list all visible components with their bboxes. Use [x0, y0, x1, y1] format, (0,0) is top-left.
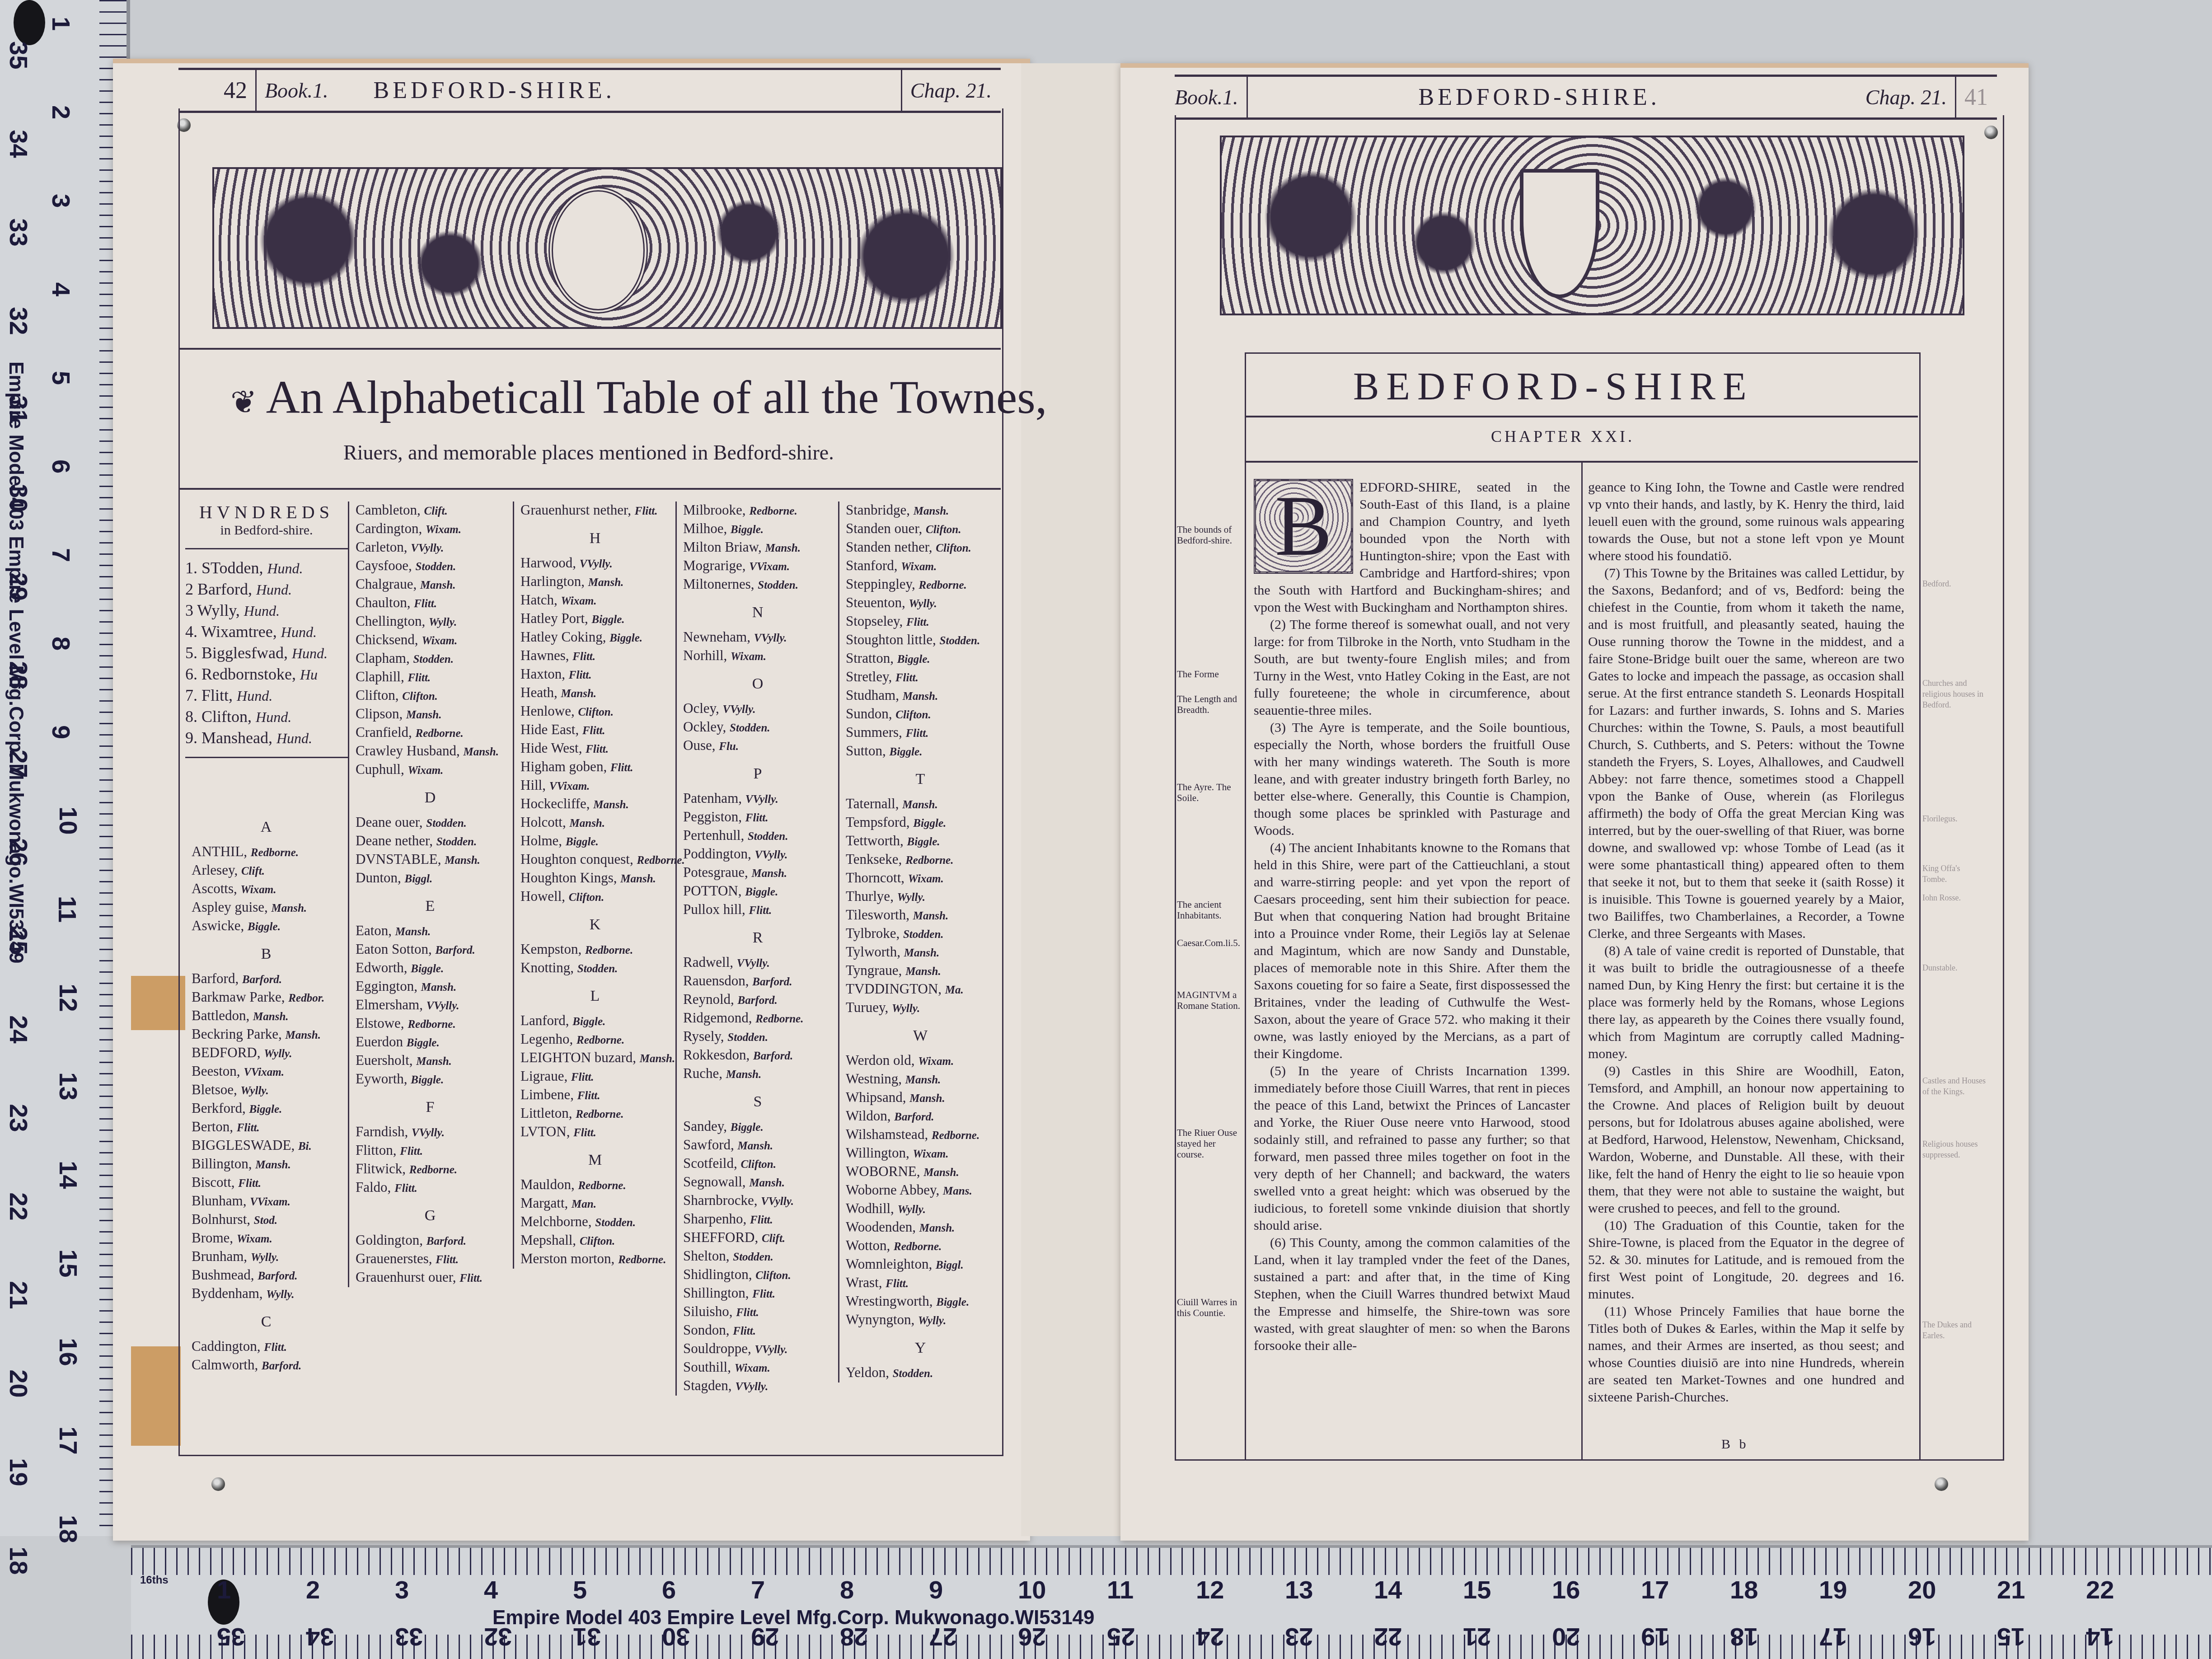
index-entry: Milbrooke, Redborne. [683, 501, 832, 520]
ruler-inch-mark: 9 [929, 1575, 943, 1604]
place-name: Westning, [846, 1071, 905, 1087]
place-name: Standen nether, [846, 539, 936, 555]
index-entry: Farndish, VVylly. [356, 1123, 505, 1142]
index-entry: Tempsford, Biggle. [846, 814, 995, 832]
index-entry: Pullox hill, Flitt. [683, 901, 832, 919]
place-name: Whipsand, [846, 1089, 909, 1105]
margin-note: Florilegus. [1922, 813, 1986, 824]
index-entry: Sharnbrocke, VVylly. [683, 1192, 832, 1210]
hundred-abbrev: Mansh. [749, 1177, 785, 1189]
index-entry: Reynold, Barford. [683, 991, 832, 1009]
ruler-inch-mark: 2 [47, 105, 76, 119]
hundred-abbrev: Flu. [719, 740, 739, 753]
index-column: Grauenhurst nether, Flitt.HHarwood, VVyl… [513, 501, 670, 1269]
hundred-abbrev: Clifton. [936, 542, 971, 554]
hundred-abbrev: Redborne. [409, 1164, 457, 1176]
ruler-inch-mark: 10 [54, 806, 83, 834]
hundred-abbrev: Biggle. [407, 1037, 440, 1049]
hundred-abbrev: Redborne. [932, 1129, 979, 1142]
hundred-abbrev: Flitt. [436, 1254, 459, 1266]
ruler-cm-mark: 35 [217, 1622, 245, 1652]
place-name: Scotfeild, [683, 1155, 740, 1171]
hundred-abbrev: Mansh. [416, 1055, 452, 1068]
ruler-imprint-text: Model 403 Empire Level Mfg.Corp. Mukwona… [565, 1607, 1094, 1629]
index-entry: Rysely, Stodden. [683, 1028, 832, 1046]
index-letter-heading: S [683, 1093, 832, 1111]
ruler-inch-mark: 8 [47, 637, 76, 651]
hundred-suffix: Hund. [256, 709, 291, 725]
place-name: Haxton, [520, 666, 569, 682]
ruler-cm-mark: 19 [4, 1458, 33, 1486]
hundred-abbrev: Redborne. [585, 944, 633, 956]
margin-note: Caesar.Com.li.5. [1177, 937, 1245, 948]
ruler-cm-mark: 34 [306, 1622, 334, 1652]
place-name: Siluisho, [683, 1303, 736, 1319]
index-entry: Tylbroke, Stodden. [846, 925, 995, 943]
hundred-suffix: Hund. [256, 581, 292, 598]
body-paragraph: (5) In the yeare of Christs Incarnation … [1254, 1063, 1570, 1234]
index-entry: Tyngraue, Mansh. [846, 962, 995, 980]
ruler-inch-mark: 18 [1730, 1575, 1758, 1604]
ruler-cm-mark: 21 [1463, 1622, 1491, 1652]
index-entry: Berton, Flitt. [192, 1118, 341, 1137]
margin-note: The Dukes and Earles. [1922, 1319, 1986, 1341]
page-gutter [1021, 63, 1129, 1536]
index-entry: Ockley, Stodden. [683, 718, 832, 737]
ruler-inch-mark: 14 [1374, 1575, 1402, 1604]
hundred-abbrev: Mansh. [570, 817, 605, 829]
hundred-abbrev: Flitt. [752, 1288, 775, 1300]
index-entry: Sandey, Biggle. [683, 1118, 832, 1136]
vertical-ruler: 1234567891011121314151617183534333231302… [0, 0, 130, 1536]
index-entry: Shillington, Flitt. [683, 1284, 832, 1303]
hundred-abbrev: Stodden. [940, 635, 980, 647]
hundred-abbrev: Biggle. [907, 836, 940, 848]
index-entry: Ruche, Mansh. [683, 1065, 832, 1083]
index-entry: Grauenhurst nether, Flitt. [520, 501, 670, 520]
place-name: Kempston, [520, 941, 585, 957]
index-entry: Byddenham, Wylly. [192, 1285, 341, 1303]
hundred-name: 9. Manshead, [185, 729, 276, 747]
hundred-abbrev: Clifton. [926, 524, 961, 536]
index-entry: TVDDINGTON, Ma. [846, 980, 995, 999]
index-entry: Flitton, Flitt. [356, 1142, 505, 1160]
hundred-abbrev: Wixam. [731, 651, 766, 663]
ruler-inch-mark: 5 [47, 371, 76, 385]
hundred-abbrev: Flitt. [750, 1214, 773, 1226]
hundred-abbrev: Biggle. [913, 817, 946, 829]
body-paragraph: (9) Castles in this Shire are Woodhill, … [1588, 1063, 1904, 1217]
place-name: Merston morton, [520, 1251, 618, 1266]
place-name: Wodhill, [846, 1200, 898, 1216]
index-entry: Grauenhurst ouer, Flitt. [356, 1269, 505, 1287]
place-name: Potesgraue, [683, 864, 752, 880]
index-entry: Pertenhull, Stodden. [683, 827, 832, 845]
hundred-abbrev: Bi. [298, 1140, 312, 1153]
hundred-abbrev: Flitt. [610, 762, 633, 774]
ruler-inch-mark: 1 [217, 1575, 231, 1604]
place-name: Shelton, [683, 1248, 733, 1264]
index-entry: Biscott, Flitt. [192, 1174, 341, 1192]
hundred-suffix: Hund. [237, 688, 272, 704]
index-entry: Sawford, Mansh. [683, 1136, 832, 1155]
hundred-abbrev: Redbor. [288, 992, 324, 1004]
place-name: ANTHIL, [192, 844, 251, 859]
decorative-headpiece [1220, 136, 1964, 315]
index-entry: Legenho, Redborne. [520, 1031, 670, 1049]
hundred-abbrev: Mansh. [406, 709, 442, 721]
place-name: Wotton, [846, 1237, 894, 1253]
place-name: Goldington, [356, 1232, 426, 1248]
place-name: Euersholt, [356, 1052, 416, 1068]
index-entry: Tilesworth, Mansh. [846, 906, 995, 925]
place-name: Tylbroke, [846, 925, 903, 941]
ruler-inch-mark: 13 [54, 1072, 83, 1100]
place-name: Woodenden, [846, 1219, 919, 1235]
place-name: Clipson, [356, 706, 406, 722]
place-name: LVTON, [520, 1124, 573, 1139]
index-entry: Euerdon Biggle. [356, 1033, 505, 1052]
ruler-inch-mark: 7 [751, 1575, 765, 1604]
hundred-abbrev: Flitt. [895, 672, 919, 684]
hundred-abbrev: Biggle. [731, 524, 764, 536]
index-entry: Chicksend, Wixam. [356, 631, 505, 650]
hundred-entry: 5. Bigglesfwad, Hund. [185, 642, 348, 664]
index-entry: Melchborne, Stodden. [520, 1213, 670, 1232]
index-entry: Wildon, Barford. [846, 1107, 995, 1126]
hundred-abbrev: VVixam. [244, 1066, 284, 1078]
place-name: Caysfooe, [356, 558, 416, 573]
place-name: Berton, [192, 1119, 237, 1134]
hundred-abbrev: Wixam. [913, 1148, 949, 1160]
place-name: Cardington, [356, 520, 426, 536]
hundred-entry: 1. STodden, Hund. [185, 558, 348, 579]
place-name: Sutton, [846, 743, 889, 759]
place-name: Ascotts, [192, 881, 241, 896]
place-name: Ruche, [683, 1065, 726, 1081]
hundred-abbrev: Wixam. [561, 595, 597, 607]
hundred-abbrev: Redborne. [416, 727, 464, 740]
place-name: Claphill, [356, 669, 408, 684]
margin-note: The Length and Breadth. [1177, 694, 1245, 715]
place-name: Sandey, [683, 1118, 731, 1134]
place-name: Rauensdon, [683, 973, 752, 989]
index-letter-heading: A [192, 819, 341, 836]
margin-note: Castles and Houses of the Kings. [1922, 1075, 1986, 1097]
place-name: Knotting, [520, 960, 577, 975]
hundred-abbrev: Flitt. [571, 1071, 594, 1083]
index-entry: Caysfooe, Stodden. [356, 557, 505, 576]
place-name: BEDFORD, [192, 1045, 264, 1060]
margin-note: MAGINTVM a Romane Station. [1177, 989, 1245, 1011]
ruler-cm-mark: 17 [1819, 1622, 1847, 1652]
index-entry: Stanbridge, Mansh. [846, 501, 995, 520]
place-name: WOBORNE, [846, 1163, 923, 1179]
ruler-inch-mark: 8 [840, 1575, 854, 1604]
place-name: Reynold, [683, 991, 738, 1007]
place-name: Elmersham, [356, 997, 426, 1012]
ruler-inch-mark: 15 [54, 1249, 83, 1277]
index-entry: Edworth, Biggle. [356, 959, 505, 978]
index-entry: Caddington, Flitt. [192, 1338, 341, 1356]
hundred-abbrev: Wylly. [897, 891, 925, 904]
book-label: Book.1. [265, 79, 328, 103]
hundred-abbrev: VVylly. [735, 1381, 768, 1393]
place-name: Grauenerstes, [356, 1251, 436, 1266]
hundred-abbrev: Biggle. [745, 886, 778, 898]
margin-note: Bedford. [1922, 578, 1986, 589]
hundred-name: 7. Flitt, [185, 686, 237, 704]
ruler-inch-mark: 19 [1819, 1575, 1847, 1604]
ruler-cm-mark: 33 [395, 1622, 423, 1652]
place-name: Carleton, [356, 539, 411, 555]
hundred-abbrev: Mansh. [445, 854, 480, 867]
hundred-abbrev: Clifton. [755, 1270, 791, 1282]
place-name: Biscott, [192, 1174, 238, 1190]
index-entry: Blunham, VVixam. [192, 1192, 341, 1211]
hundred-abbrev: Mansh. [738, 1140, 773, 1152]
hundred-abbrev: Clifton. [580, 1235, 615, 1247]
place-name: Flitwick, [356, 1161, 409, 1176]
index-entry: Houghton Kings, Mansh. [520, 869, 670, 888]
ruler-ticks-top [131, 1548, 2212, 1575]
hundred-abbrev: Mansh. [420, 579, 456, 591]
place-name: Mepshall, [520, 1232, 580, 1248]
index-entry: Battledon, Mansh. [192, 1007, 341, 1026]
margin-note: Dunstable. [1922, 962, 1986, 973]
hundred-abbrev: Mansh. [909, 1092, 945, 1105]
hundred-abbrev: Barford. [753, 1050, 793, 1062]
index-entry: Limbene, Flitt. [520, 1086, 670, 1105]
tape-residue [131, 1346, 181, 1446]
hundred-abbrev: Stodden. [577, 963, 618, 975]
chapter-label: Chap. 21. [1865, 85, 1947, 109]
index-entry: Hide East, Flitt. [520, 721, 670, 740]
horizontal-ruler: 16ths 1234567891011121314151617181920212… [131, 1545, 2212, 1659]
place-name: Blunham, [192, 1193, 250, 1209]
index-letter-heading: L [520, 988, 670, 1005]
hundred-abbrev: Barford. [752, 976, 792, 988]
hundred-abbrev: Flitt. [394, 1182, 417, 1195]
margin-note: Churches and religious houses in Bedford… [1922, 678, 1986, 710]
place-name: Studham, [846, 687, 903, 703]
index-entry: Claphill, Flitt. [356, 668, 505, 687]
index-entry: Carleton, VVylly. [356, 539, 505, 557]
place-name: Cuphull, [356, 761, 408, 777]
hundred-abbrev: Stodden. [733, 1251, 773, 1263]
hundred-abbrev: Redborne. [905, 854, 953, 867]
place-name: Aspley guise, [192, 899, 272, 915]
place-name: Patenham, [683, 790, 745, 806]
index-entry: Merston morton, Redborne. [520, 1250, 670, 1269]
hundred-abbrev: Redborne. [894, 1241, 942, 1253]
place-name: Tempsford, [846, 814, 913, 830]
hundred-abbrev: VVylly. [755, 849, 787, 861]
index-entry: Lanford, Biggle. [520, 1012, 670, 1031]
index-entry: Turuey, Wylly. [846, 999, 995, 1017]
hundred-abbrev: Mansh. [255, 1159, 291, 1171]
place-name: Farndish, [356, 1124, 412, 1139]
hundred-abbrev: Barford. [426, 1235, 466, 1247]
hundred-abbrev: Man. [572, 1198, 596, 1210]
place-name: Yeldon, [846, 1364, 893, 1380]
place-name: Houghton conquest, [520, 851, 637, 867]
index-entry: Ocley, VVylly. [683, 700, 832, 718]
index-entry: Deane ouer, Stodden. [356, 814, 505, 832]
index-entry: Chalgraue, Mansh. [356, 576, 505, 594]
place-name: Milbrooke, [683, 502, 749, 518]
index-entry: Steuenton, Wylly. [846, 594, 995, 613]
place-name: TVDDINGTON, [846, 981, 945, 997]
place-name: Harlington, [520, 573, 588, 589]
hundred-abbrev: Mansh. [463, 746, 499, 758]
ruler-brand: Empire [492, 1607, 560, 1629]
index-letter-heading: C [192, 1313, 341, 1331]
hundred-abbrev: VVylly. [426, 1000, 459, 1012]
hundred-abbrev: VVylly. [580, 558, 613, 570]
hundred-abbrev: Clift. [241, 865, 265, 877]
hundred-abbrev: Redborne. [578, 1180, 626, 1192]
place-name: Segnowall, [683, 1174, 749, 1190]
place-name: Battledon, [192, 1008, 253, 1023]
hundred-abbrev: Biggle. [411, 963, 444, 975]
index-entry: Sharpenho, Flitt. [683, 1210, 832, 1229]
hundred-abbrev: Stodden. [727, 1031, 768, 1044]
index-entry: Mepshall, Clifton. [520, 1232, 670, 1250]
tape-residue [131, 976, 185, 1030]
index-entry: Higham goben, Flitt. [520, 758, 670, 777]
hundred-abbrev: Flitt. [906, 727, 929, 740]
place-name: Turuey, [846, 999, 892, 1015]
hundred-abbrev: Mansh. [752, 867, 787, 880]
hundred-abbrev: Flitt. [408, 672, 431, 684]
hundred-abbrev: Biggle. [411, 1074, 444, 1086]
ruler-inch-mark: 9 [47, 725, 76, 739]
hundred-abbrev: Mansh. [395, 926, 431, 938]
place-name: Barkmaw Parke, [192, 989, 288, 1005]
place-name: Hatley Port, [520, 610, 592, 626]
hundred-abbrev: Stodden. [893, 1368, 933, 1380]
mounting-pin [211, 1477, 225, 1491]
index-entry: WOBORNE, Mansh. [846, 1163, 995, 1181]
hundred-abbrev: VVixam. [250, 1196, 291, 1208]
index-entry: Wodhill, Wylly. [846, 1200, 995, 1218]
index-entry: Knotting, Stodden. [520, 959, 670, 978]
index-entry: Barford, Barford. [192, 970, 341, 989]
hundred-abbrev: Biggle. [566, 836, 599, 848]
place-name: Summers, [846, 724, 906, 740]
hundred-abbrev: Flitt. [569, 669, 592, 681]
index-entry: Wrast, Flitt. [846, 1274, 995, 1293]
place-name: Werdon old, [846, 1052, 918, 1068]
place-name: Radwell, [683, 954, 737, 970]
hundred-abbrev: VVylly. [737, 957, 770, 970]
place-name: Faldo, [356, 1179, 394, 1195]
index-entry: Hide West, Flitt. [520, 740, 670, 758]
ruler-inch-mark: 7 [47, 548, 76, 562]
ruler-inch-mark: 12 [54, 984, 83, 1012]
index-entry: Tettworth, Biggle. [846, 832, 995, 851]
right-running-head: Book.1. BEDFORD-SHIRE. Chap. 21. 41 [1175, 75, 1997, 120]
hundred-abbrev: Biggle. [592, 614, 625, 626]
hundred-abbrev: Redborne. [576, 1034, 624, 1046]
index-entry: Arlesey, Clift. [192, 862, 341, 880]
fleuron-icon: ❦ [230, 384, 257, 421]
mounting-pin [1935, 1477, 1948, 1491]
hundred-abbrev: Wixam. [237, 1233, 272, 1245]
body-paragraph: (8) A tale of vaine credit is reported o… [1588, 942, 1904, 1063]
ruler-inch-mark: 16 [54, 1338, 83, 1366]
hundred-abbrev: Clifton. [402, 690, 438, 703]
body-paragraph: (2) The forme thereof is somewhat ouall,… [1254, 616, 1570, 719]
index-entry: Faldo, Flitt. [356, 1179, 505, 1197]
place-name: Clapham, [356, 650, 413, 666]
place-name: Houghton Kings, [520, 870, 620, 886]
place-name: Bolnhurst, [192, 1211, 254, 1227]
hundred-abbrev: Clifton. [740, 1158, 776, 1171]
index-letter-heading: F [356, 1099, 505, 1116]
hundred-abbrev: Clift. [762, 1233, 785, 1245]
margin-note: The Ayre. The Soile. [1177, 782, 1245, 803]
index-entry: Goldington, Barford. [356, 1232, 505, 1250]
index-entry: Cranfield, Redborne. [356, 724, 505, 742]
index-entry: Dunton, Biggl. [356, 869, 505, 888]
index-letter-heading: M [520, 1152, 670, 1169]
index-entry: Radwell, VVylly. [683, 954, 832, 972]
place-name: Howell, [520, 888, 569, 904]
index-entry: Bletsoe, Wylly. [192, 1081, 341, 1100]
ruler-brand: Empire [5, 361, 27, 429]
place-name: Stratton, [846, 650, 897, 666]
ruler-inch-mark: 17 [1641, 1575, 1669, 1604]
hundred-abbrev: Wylly. [251, 1251, 279, 1264]
place-name: Holcott, [520, 814, 570, 830]
index-entry: SHEFFORD, Clift. [683, 1229, 832, 1247]
place-name: Chicksend, [356, 632, 422, 647]
index-column: Milbrooke, Redborne.Milhoe, Biggle.Milto… [675, 501, 832, 1396]
margin-note: The Riuer Ouse stayed her course. [1177, 1127, 1245, 1160]
hundred-abbrev: Mansh. [905, 1074, 941, 1086]
ruler-inch-mark: 18 [54, 1515, 83, 1543]
place-name: Hide East, [520, 722, 582, 737]
place-name: Pullox hill, [683, 901, 749, 917]
ruler-inch-mark: 14 [54, 1161, 83, 1189]
hundred-abbrev: Wylly. [898, 1204, 926, 1216]
place-name: Berkford, [192, 1100, 249, 1116]
place-name: Deane ouer, [356, 814, 426, 830]
hundred-abbrev: VVylly. [412, 1127, 445, 1139]
hundred-abbrev: Mansh. [765, 542, 801, 554]
left-running-head: 42 Book.1. BEDFORD-SHIRE. Chap. 21. [178, 68, 1001, 113]
hundred-abbrev: Wixam. [241, 884, 276, 896]
hundred-abbrev: Flitt. [400, 1145, 423, 1158]
index-entry: Ridgemond, Redborne. [683, 1009, 832, 1028]
place-name: Steppingley, [846, 576, 919, 592]
hundred-abbrev: Stodden. [436, 836, 477, 848]
place-name: Calmworth, [192, 1357, 262, 1373]
index-letter-heading: T [846, 771, 995, 788]
hundred-abbrev: Biggle. [249, 1103, 282, 1115]
hundred-suffix: Hund. [276, 730, 312, 746]
index-entry: Sondon, Flitt. [683, 1322, 832, 1340]
index-entry: Stopseley, Flitt. [846, 613, 995, 631]
hundred-abbrev: Mansh. [726, 1069, 762, 1081]
hundred-abbrev: Stodden. [426, 817, 467, 829]
index-entry: Thorncott, Wixam. [846, 869, 995, 888]
index-entry: Beckring Parke, Mansh. [192, 1026, 341, 1044]
hundreds-list: HVNDREDS in Bedford-shire. 1. STodden, H… [185, 501, 348, 766]
place-name: Elstowe, [356, 1015, 408, 1031]
